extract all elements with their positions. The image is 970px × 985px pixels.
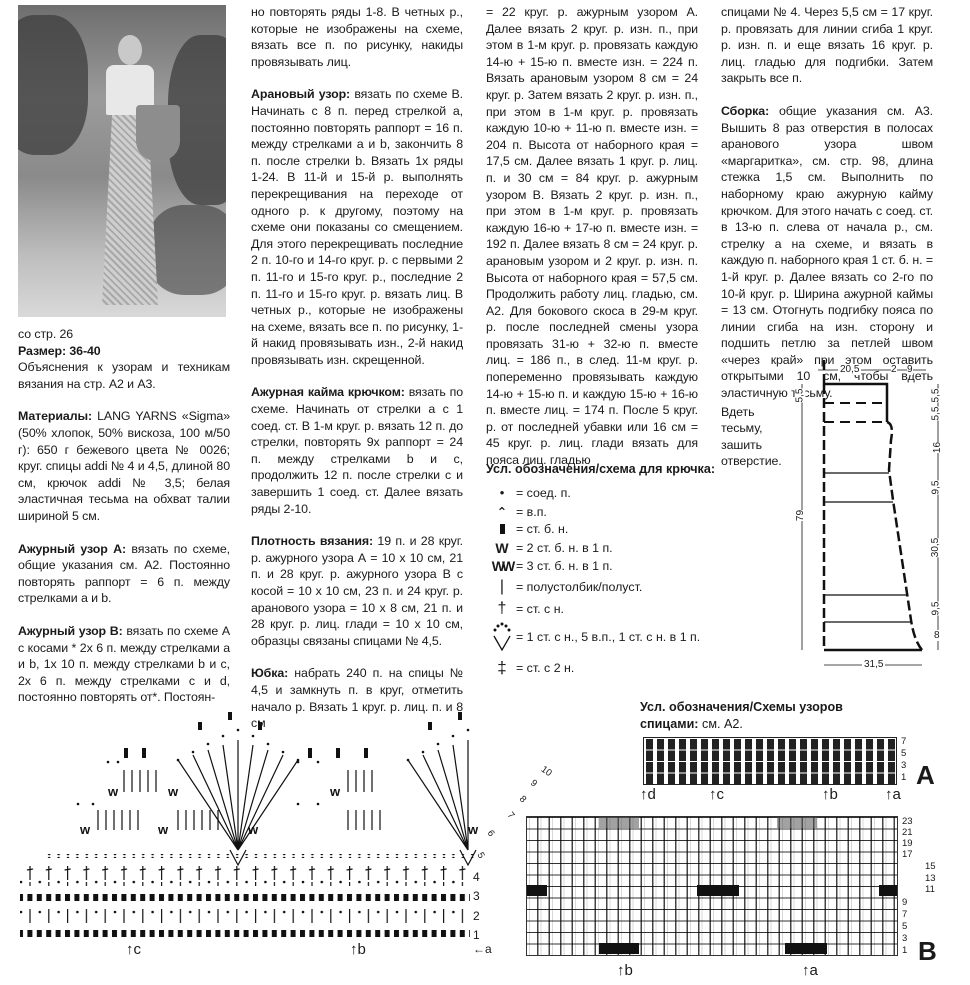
knit-legend-title: Усл. обозначения/Схемы узоров спицами: с… (640, 699, 843, 733)
crochet-edging-chart: wwww www 10 9 8 7 6 5 4 3 2 1 ←a ↑c ↑b (18, 700, 488, 950)
schematic-drawing (790, 360, 970, 680)
dim-right-4: 9,5 (930, 481, 941, 495)
svg-text:w: w (157, 822, 169, 837)
chart-a-row-3: 3 (901, 760, 906, 771)
crochet-row-3: 3 (473, 889, 480, 903)
legend-item-half-double: |= полустолбик/полуст. (488, 578, 642, 596)
dim-right-6: 9,5 (930, 602, 941, 616)
legend-item-slip-stitch: •= соед. п. (488, 486, 571, 500)
svg-text:w: w (467, 822, 479, 837)
svg-text:w: w (167, 784, 179, 799)
purl-block (785, 943, 827, 954)
model-photo (18, 5, 226, 317)
dim-right-3: 16 (932, 442, 943, 453)
row-1 (20, 930, 470, 937)
chart-b-row-1: 1 (902, 945, 907, 956)
crochet-row-4: 4 (473, 870, 480, 884)
dim-top-gap: 2 (891, 364, 897, 375)
legend-item-3sc: WW= 3 ст. б. н. в 1 п. (488, 558, 613, 574)
single-crochet-icon (488, 524, 516, 534)
column-1: со стр. 26 Размер: 36-40 Объяснения к уз… (18, 326, 230, 706)
legend-item-shell: = 1 ст. с н., 5 в.п., 1 ст. с н. в 1 п. (488, 622, 700, 652)
chart-a-row-5: 5 (901, 748, 906, 759)
legend-item-treble: ‡= ст. с 2 н. (488, 658, 574, 678)
purl-block (527, 885, 547, 896)
half-double-icon: | (488, 578, 516, 596)
cable-cross (777, 817, 817, 828)
legend-item-single-crochet: = ст. б. н. (488, 522, 568, 536)
cable-cross (599, 817, 639, 828)
photo-foliage (18, 15, 88, 155)
edging-section: Ажурная кайма крючком: вязать по схеме. … (251, 384, 463, 517)
gauge-section: Плотность вязания: 19 п. и 28 круг. р. а… (251, 533, 463, 649)
treble-crochet-icon: ‡ (488, 658, 516, 678)
chain-icon: ⌃ (488, 504, 516, 519)
chart-a-letter: A (916, 760, 935, 791)
dim-left-total: 79 (795, 510, 806, 521)
chart-b-row-13: 13 (925, 873, 936, 884)
final-text: Вдеть тесьму, зашить отверстие. (721, 404, 793, 470)
chart-a-arrow-c: ↑c (709, 786, 724, 803)
aran-section: Арановый узор: вязать по схеме В. Начина… (251, 86, 463, 368)
column-2: но повторять ряды 1-8. В четных р., кото… (251, 4, 463, 732)
purl-block (599, 943, 639, 954)
chart-a-arrow-d: ↑d (640, 786, 656, 803)
legend-item-chain: ⌃= в.п. (488, 504, 547, 519)
crochet-row-9: 9 (528, 778, 539, 790)
column-3: = 22 круг. р. ажурным узором А. Далее вя… (486, 4, 698, 469)
crochet-row-10: 10 (539, 764, 554, 779)
crochet-chart-drawing: wwww www (18, 700, 488, 950)
chart-b-letter: B (918, 936, 937, 967)
intro-text: Объяснения к узорам и техникам вязания н… (18, 359, 230, 392)
crochet-arrow-b: ↑b (350, 941, 366, 958)
skirt-cont: = 22 круг. р. ажурным узором А. Далее вя… (486, 4, 698, 469)
dim-bottom-width: 31,5 (862, 659, 885, 670)
crochet-row-1: 1 ←a (473, 928, 492, 956)
chart-b-row-9: 9 (902, 897, 907, 908)
crochet-row-2: 2 (473, 909, 480, 923)
chart-a-row-7: 7 (901, 736, 906, 747)
knit-chart-b (527, 817, 897, 955)
skirt-schematic: 20,5 2 9 5,5 79 5,5 5,5 16 9,5 30,5 9,5 … (790, 360, 970, 680)
pattern-a-section: Ажурный узор А: вязать по схеме, общие у… (18, 541, 230, 607)
slip-stitch-icon: • (488, 486, 516, 500)
chart-b-row-19: 19 (902, 838, 913, 849)
chart-b-row-11: 11 (925, 884, 935, 895)
svg-text:w: w (247, 822, 259, 837)
three-sc-in-one-icon: WW (488, 558, 516, 574)
crochet-row-7: 7 (505, 810, 517, 821)
photo-caption: со стр. 26 (18, 326, 230, 343)
chart-b-row-17: 17 (902, 849, 913, 860)
purl-block (697, 885, 739, 896)
pattern-b-section: Ажурный узор В: вязать по схеме А с коса… (18, 623, 230, 706)
chart-b-arrow-b: ↑b (617, 962, 633, 979)
purl-block (879, 885, 897, 896)
chart-b-row-7: 7 (902, 909, 907, 920)
svg-text:w: w (107, 784, 119, 799)
knit-chart-a (643, 737, 897, 785)
crochet-row-8: 8 (517, 794, 529, 806)
chart-b-row-15: 15 (925, 861, 936, 872)
dim-left-top: 5,5 (794, 389, 805, 403)
model-bag (136, 105, 180, 161)
chart-b-row-23: 23 (902, 816, 913, 827)
shell-fan-icon (488, 622, 516, 652)
crochet-legend-title: Усл. обозначения/схема для крючка: (486, 462, 715, 476)
model-figure (100, 35, 160, 305)
dim-top-width: 20,5 (838, 364, 861, 375)
two-sc-in-one-icon: W (488, 540, 516, 556)
chart-a-row-1: 1 (901, 772, 906, 783)
chart-b-arrow-a: ↑a (802, 962, 818, 979)
chart-b-row-5: 5 (902, 921, 907, 932)
chart-b-row-21: 21 (902, 827, 913, 838)
assembly-section: Сборка: общие указания см. А3. Вышить 8 … (721, 103, 933, 402)
crochet-arrow-c: ↑c (126, 941, 141, 958)
dim-right-7: 8 (934, 630, 940, 641)
chart-a-arrow-a: ↑a (885, 786, 901, 803)
svg-text:w: w (79, 822, 91, 837)
pattern-b-cont: но повторять ряды 1-8. В четных р., кото… (251, 4, 463, 70)
double-crochet-icon: † (488, 600, 516, 618)
waistband-text: спицами № 4. Через 5,5 см = 17 круг. р. … (721, 4, 933, 87)
chart-a-arrow-b: ↑b (822, 786, 838, 803)
chart-b-row-3: 3 (902, 933, 907, 944)
dim-right-1: 5,5 (930, 389, 941, 403)
materials-section: Материалы: LANG YARNS «Sigma» (50% хлопо… (18, 408, 230, 524)
dim-top-side: 9 (907, 364, 913, 375)
size-line: Размер: 36-40 (18, 343, 230, 360)
dim-right-2: 5,5 (930, 407, 941, 421)
svg-text:w: w (329, 784, 341, 799)
legend-item-2sc: W= 2 ст. б. н. в 1 п. (488, 540, 613, 556)
legend-item-double: †= ст. с н. (488, 600, 564, 618)
dim-right-5: 30,5 (930, 538, 941, 557)
